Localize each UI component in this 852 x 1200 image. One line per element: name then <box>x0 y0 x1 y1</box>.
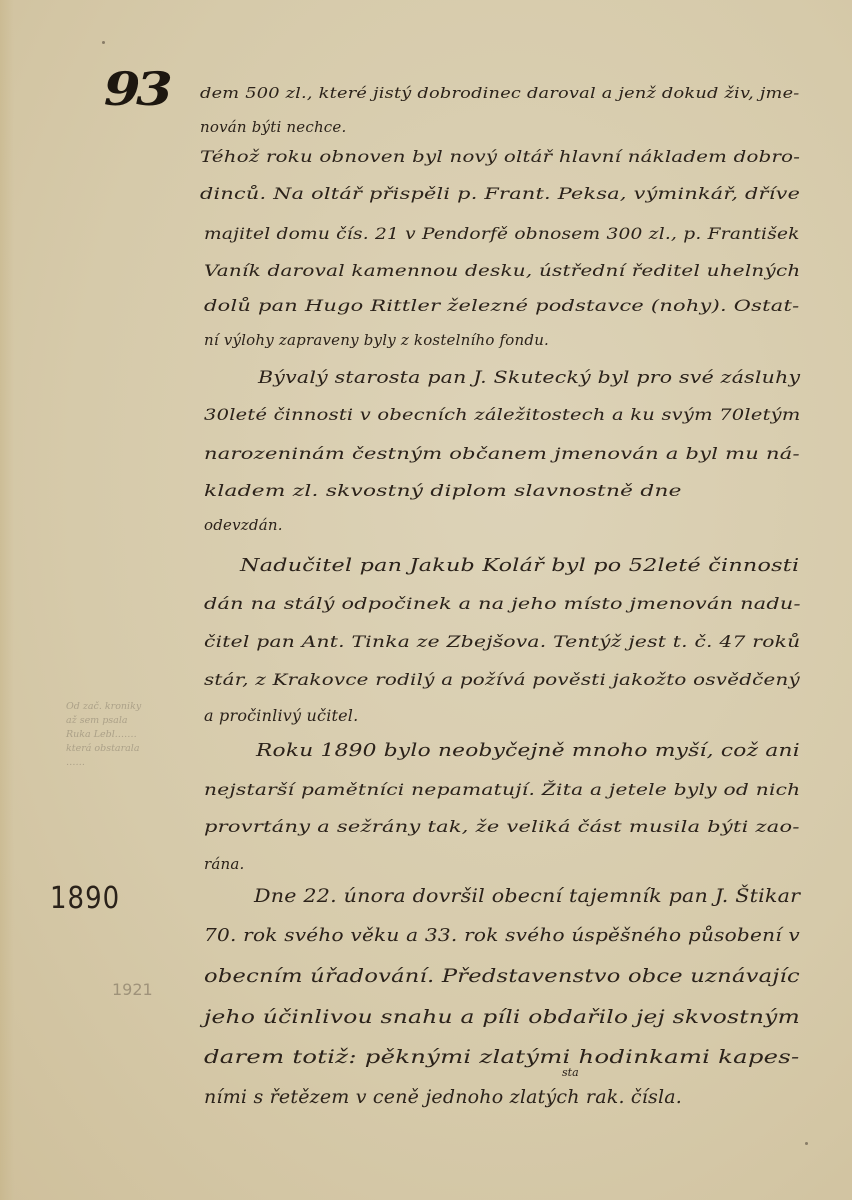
pencil-note-line: …… <box>66 756 186 770</box>
manuscript-line: rána. <box>204 855 245 873</box>
manuscript-line: majitel domu čís. 21 v Pendorfě obnosem … <box>204 224 800 243</box>
superscript-insertion: sta <box>562 1066 579 1079</box>
pencil-note-line: až sem psala <box>66 714 186 728</box>
manuscript-line: dán na stálý odpočinek a na jeho místo j… <box>204 594 801 613</box>
manuscript-line: Vaník daroval kamennou desku, ústřední ř… <box>204 261 800 280</box>
manuscript-line: Téhož roku obnoven byl nový oltář hlavní… <box>200 147 800 166</box>
manuscript-line: nován býti nechce. <box>200 118 346 136</box>
manuscript-line: čitel pan Ant. Tinka ze Zbejšova. Tentýž… <box>204 632 800 651</box>
manuscript-line: Dne 22. února dovršil obecní tajemník pa… <box>254 885 800 907</box>
manuscript-line: dem 500 zl., které jistý dobrodinec daro… <box>200 84 800 102</box>
manuscript-line: dinců. Na oltář přispěli p. Frant. Peksa… <box>200 184 800 203</box>
margin-year: 1890 <box>50 882 120 917</box>
manuscript-line: kladem zl. skvostný diplom slavnostně dn… <box>204 481 682 500</box>
manuscript-page: 93 Od zač. kroniky až sem psala Ruka Leb… <box>0 0 852 1200</box>
ink-speck <box>102 41 105 44</box>
manuscript-line: darem totiž: pěknými zlatými hodinkami k… <box>204 1046 799 1068</box>
manuscript-line: a pročinlivý učitel. <box>204 706 358 725</box>
manuscript-line: ní výlohy zapraveny byly z kostelního fo… <box>204 331 549 349</box>
page-number: 93 <box>104 62 168 116</box>
margin-faint-number: 1921 <box>112 980 153 999</box>
ink-speck <box>805 1142 808 1145</box>
pencil-note-line: která obstarala <box>66 742 186 756</box>
manuscript-line: Roku 1890 bylo neobyčejně mnoho myší, co… <box>256 740 800 761</box>
manuscript-line: stár, z Krakovce rodilý a požívá pověsti… <box>204 670 800 689</box>
manuscript-line: odevzdán. <box>204 516 283 534</box>
pencil-note-line: Ruka Lebl.…… <box>66 728 186 742</box>
manuscript-line: provrtány a sežrány tak, že veliká část … <box>204 817 800 836</box>
manuscript-line: Nadučitel pan Jakub Kolář byl po 52leté … <box>240 555 799 576</box>
manuscript-line: 30leté činnosti v obecních záležitostech… <box>204 405 801 424</box>
manuscript-line: Bývalý starosta pan J. Skutecký byl pro … <box>258 368 800 388</box>
pencil-note-line: Od zač. kroniky <box>66 700 186 714</box>
manuscript-line: ními s řetězem v ceně jednoho zlatých ra… <box>204 1086 682 1108</box>
manuscript-line: narozeninám čestným občanem jmenován a b… <box>204 444 800 463</box>
manuscript-line: 70. rok svého věku a 33. rok svého úspěš… <box>204 925 800 946</box>
manuscript-line: jeho účinlivou snahu a píli obdařilo jej… <box>204 1006 800 1028</box>
manuscript-line: obecním úřadování. Představenstvo obce u… <box>204 965 800 987</box>
pencil-margin-note: Od zač. kroniky až sem psala Ruka Lebl.…… <box>66 700 186 770</box>
manuscript-line: nejstarší pamětníci nepamatují. Žita a j… <box>204 780 800 799</box>
ink-speck <box>548 1103 551 1106</box>
manuscript-line: dolů pan Hugo Rittler železné podstavce … <box>204 296 799 315</box>
